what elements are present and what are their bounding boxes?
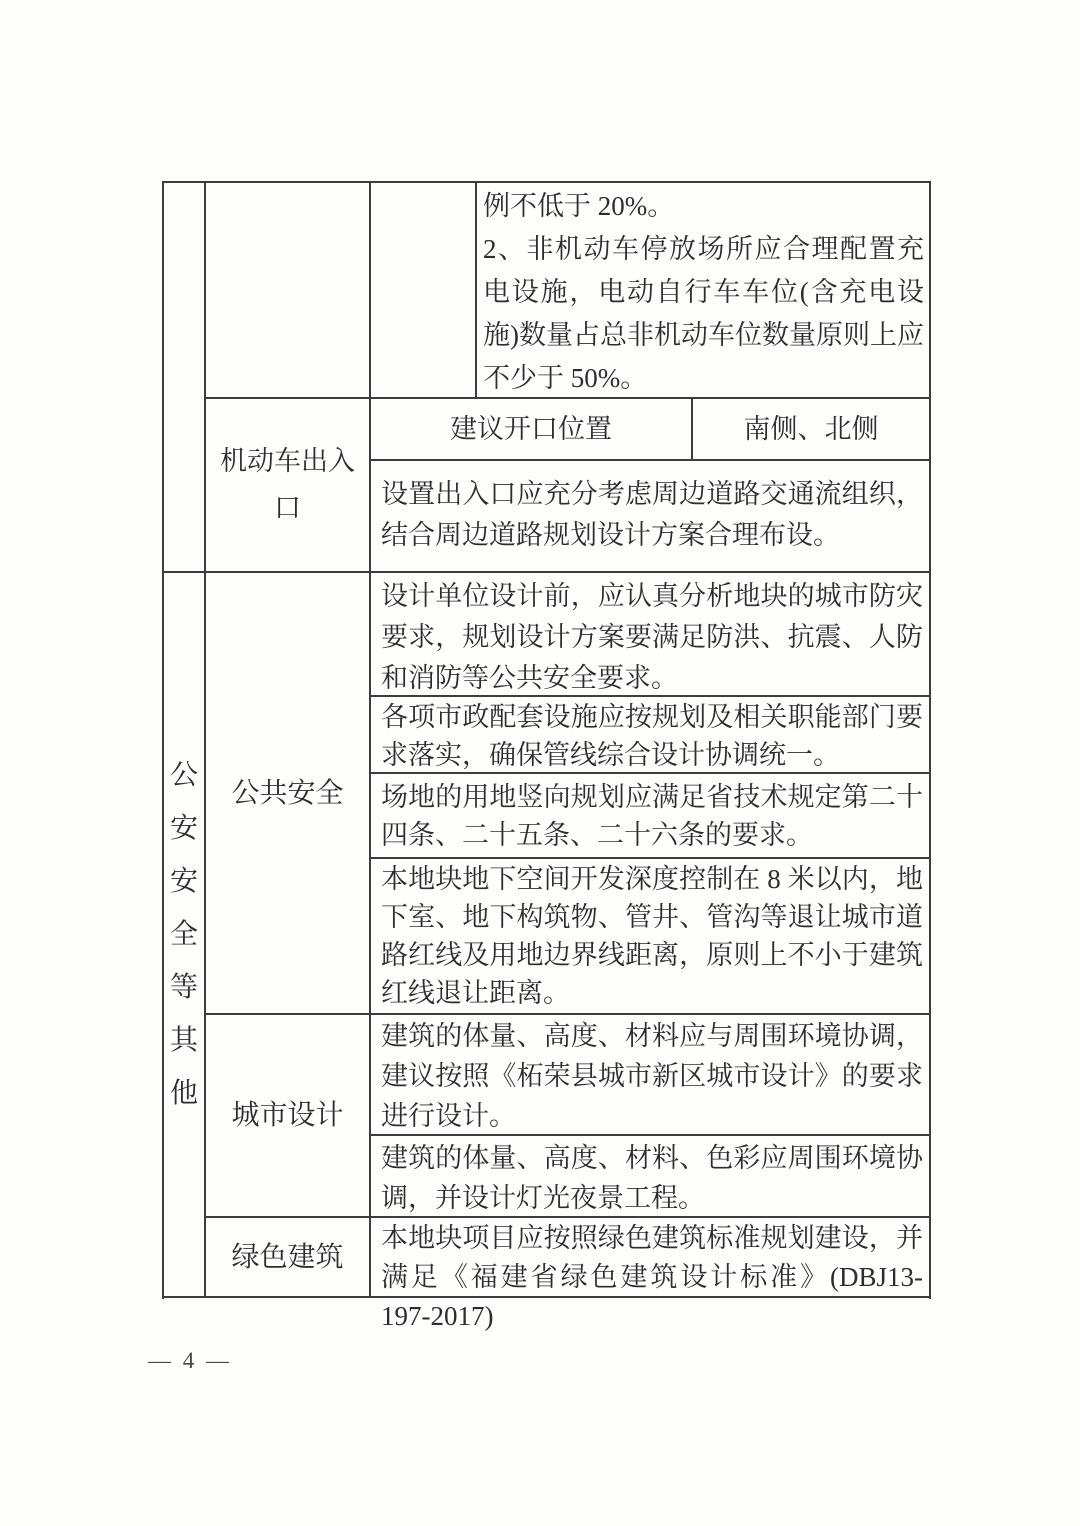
- document-page: 例不低于 20%。 2、非机动车停放场所应合理配置充电设施，电动自行车车位(含充…: [0, 0, 1080, 1526]
- section-label-public-safety: 公共安全: [205, 572, 370, 1014]
- section-label-green-building: 绿色建筑: [205, 1217, 370, 1297]
- suggested-opening-position-value: 南侧、北侧: [692, 398, 930, 460]
- page-number: — 4 —: [148, 1348, 232, 1374]
- planning-conditions-table: 例不低于 20%。 2、非机动车停放场所应合理配置充电设施，电动自行车车位(含充…: [163, 182, 930, 1297]
- city-design-item-1: 建筑的体量、高度、材料应与周围环境协调，建议按照《柘荣县城市新区城市设计》的要求…: [370, 1014, 930, 1135]
- section-label-city-design: 城市设计: [205, 1014, 370, 1217]
- green-building-item-1: 本地块项目应按照绿色建筑标准规划建设，并满足《福建省绿色建筑设计标准》(DBJ1…: [370, 1217, 930, 1297]
- suggested-opening-position-label: 建议开口位置: [370, 398, 692, 460]
- public-safety-item-3: 场地的用地竖向规划应满足省技术规定第二十四条、二十五条、二十六条的要求。: [370, 773, 930, 858]
- group-label-public-safety-others: 公安安全等其他: [163, 572, 205, 1297]
- parking-requirements-text: 例不低于 20%。 2、非机动车停放场所应合理配置充电设施，电动自行车车位(含充…: [476, 182, 930, 398]
- city-design-item-2: 建筑的体量、高度、材料、色彩应周围环境协调，并设计灯光夜景工程。: [370, 1135, 930, 1217]
- row-label-motor-vehicle-entrance: 机动车出入口: [205, 398, 370, 572]
- public-safety-item-4: 本地块地下空间开发深度控制在 8 米以内，地下室、地下构筑物、管井、管沟等退让城…: [370, 858, 930, 1014]
- public-safety-item-1: 设计单位设计前，应认真分析地块的城市防灾要求，规划设计方案要满足防洪、抗震、人防…: [370, 572, 930, 696]
- entrance-layout-note: 设置出入口应充分考虑周边道路交通流组织，结合周边道路规划设计方案合理布设。: [370, 460, 930, 572]
- public-safety-item-2: 各项市政配套设施应按规划及相关职能部门要求落实，确保管线综合设计协调统一。: [370, 696, 930, 773]
